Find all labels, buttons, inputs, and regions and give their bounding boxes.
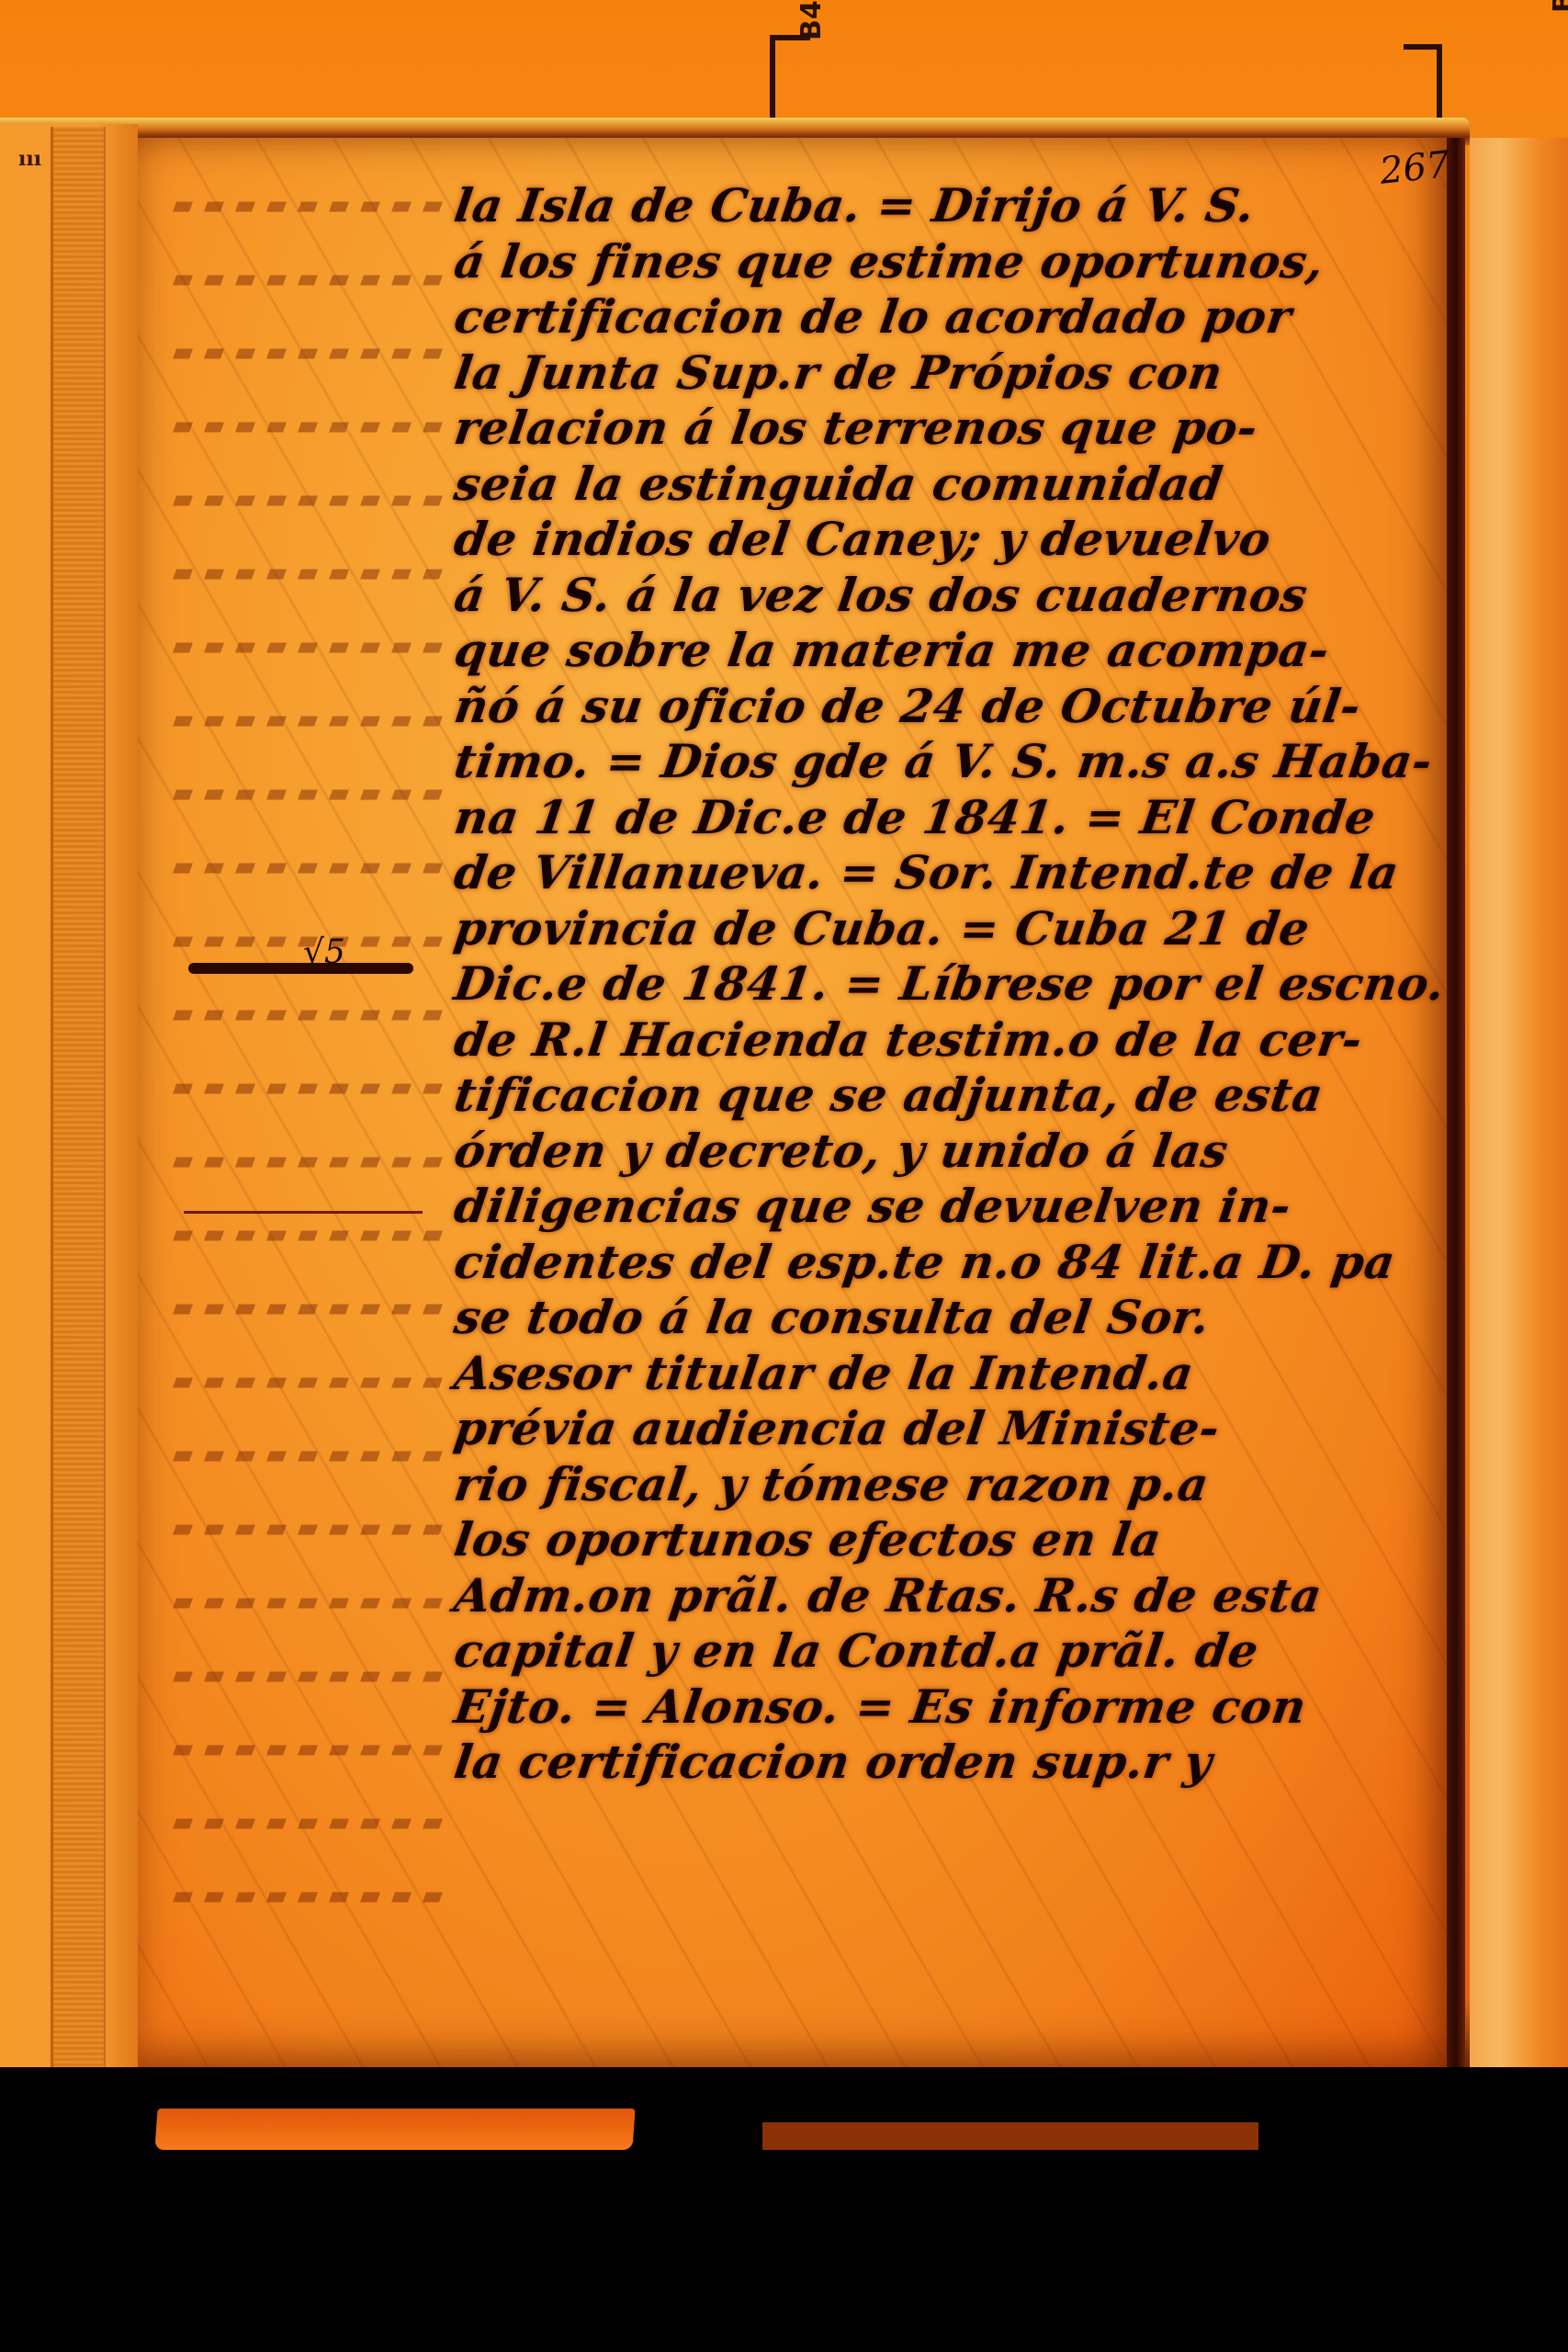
crop-label-left: B4 <box>795 0 828 40</box>
text-line: relacion á los terrenos que po- <box>451 401 1450 455</box>
corner-mark: ııı <box>18 147 41 171</box>
binding-gutter <box>51 127 106 2075</box>
crop-mark-right <box>1404 44 1442 121</box>
next-page-edge <box>1470 138 1568 2076</box>
text-line: Asesor titular de la Intend.a <box>451 1347 1450 1400</box>
text-line: la Isla de Cuba. = Dirijo á V. S. <box>451 179 1450 232</box>
crop-mark-left <box>770 35 810 121</box>
crop-label-right: B5 <box>1548 0 1568 13</box>
page-right-edge <box>1447 138 1465 2076</box>
text-line: ñó á su oficio de 24 de Octubre úl- <box>451 680 1450 733</box>
text-line: á los fines que estime oportunos, <box>451 235 1450 288</box>
text-line: Ejto. = Alonso. = Es informe con <box>451 1680 1450 1734</box>
text-line: á V. S. á la vez los dos cuadernos <box>451 569 1450 622</box>
manuscript-text: la Isla de Cuba. = Dirijo á V. S. á los … <box>455 179 1447 1792</box>
text-line: se todo á la consulta del Sor. <box>451 1291 1450 1344</box>
text-line: seia la estinguida comunidad <box>451 458 1450 511</box>
text-line: tificacion que se adjunta, de esta <box>451 1069 1450 1122</box>
text-line: certificacion de lo acordado por <box>451 290 1450 344</box>
text-line: prévia audiencia del Ministe- <box>451 1402 1450 1455</box>
text-line: na 11 de Dic.e de 1841. = El Conde <box>451 791 1450 844</box>
lower-page-edge <box>762 2122 1258 2150</box>
text-line: los oportunos efectos en la <box>451 1513 1450 1566</box>
text-line: timo. = Dios gde á V. S. m.s a.s Haba- <box>451 735 1450 788</box>
margin-note: √5 <box>303 933 345 971</box>
text-line: diligencias que se devuelven in- <box>451 1180 1450 1233</box>
text-line: que sobre la materia me acompa- <box>451 624 1450 677</box>
text-line: órden y decreto, y unido á las <box>451 1125 1450 1178</box>
text-line: de Villanueva. = Sor. Intend.te de la <box>451 846 1450 899</box>
margin-rule <box>184 1211 423 1214</box>
text-line: la certificacion orden sup.r y <box>451 1736 1450 1789</box>
text-line: la Junta Sup.r de Própios con <box>451 346 1450 400</box>
text-line: Dic.e de 1841. = Líbrese por el escno. <box>451 957 1450 1011</box>
text-line: de R.l Hacienda testim.o de la cer- <box>451 1013 1450 1067</box>
text-line: de indios del Caney; y devuelvo <box>451 513 1450 566</box>
margin-strike-line <box>188 963 413 974</box>
text-line: provincia de Cuba. = Cuba 21 de <box>451 902 1450 955</box>
margin-bleed-through <box>175 184 441 1975</box>
text-line: Adm.on prãl. de Rtas. R.s de esta <box>451 1569 1450 1623</box>
text-line: rio fiscal, y tómese razon p.a <box>451 1458 1450 1511</box>
lower-page-flap <box>154 2109 635 2150</box>
text-line: capital y en la Contd.a prãl. de <box>451 1624 1450 1678</box>
text-line: cidentes del esp.te n.o 84 lit.a D. pa <box>451 1236 1450 1289</box>
